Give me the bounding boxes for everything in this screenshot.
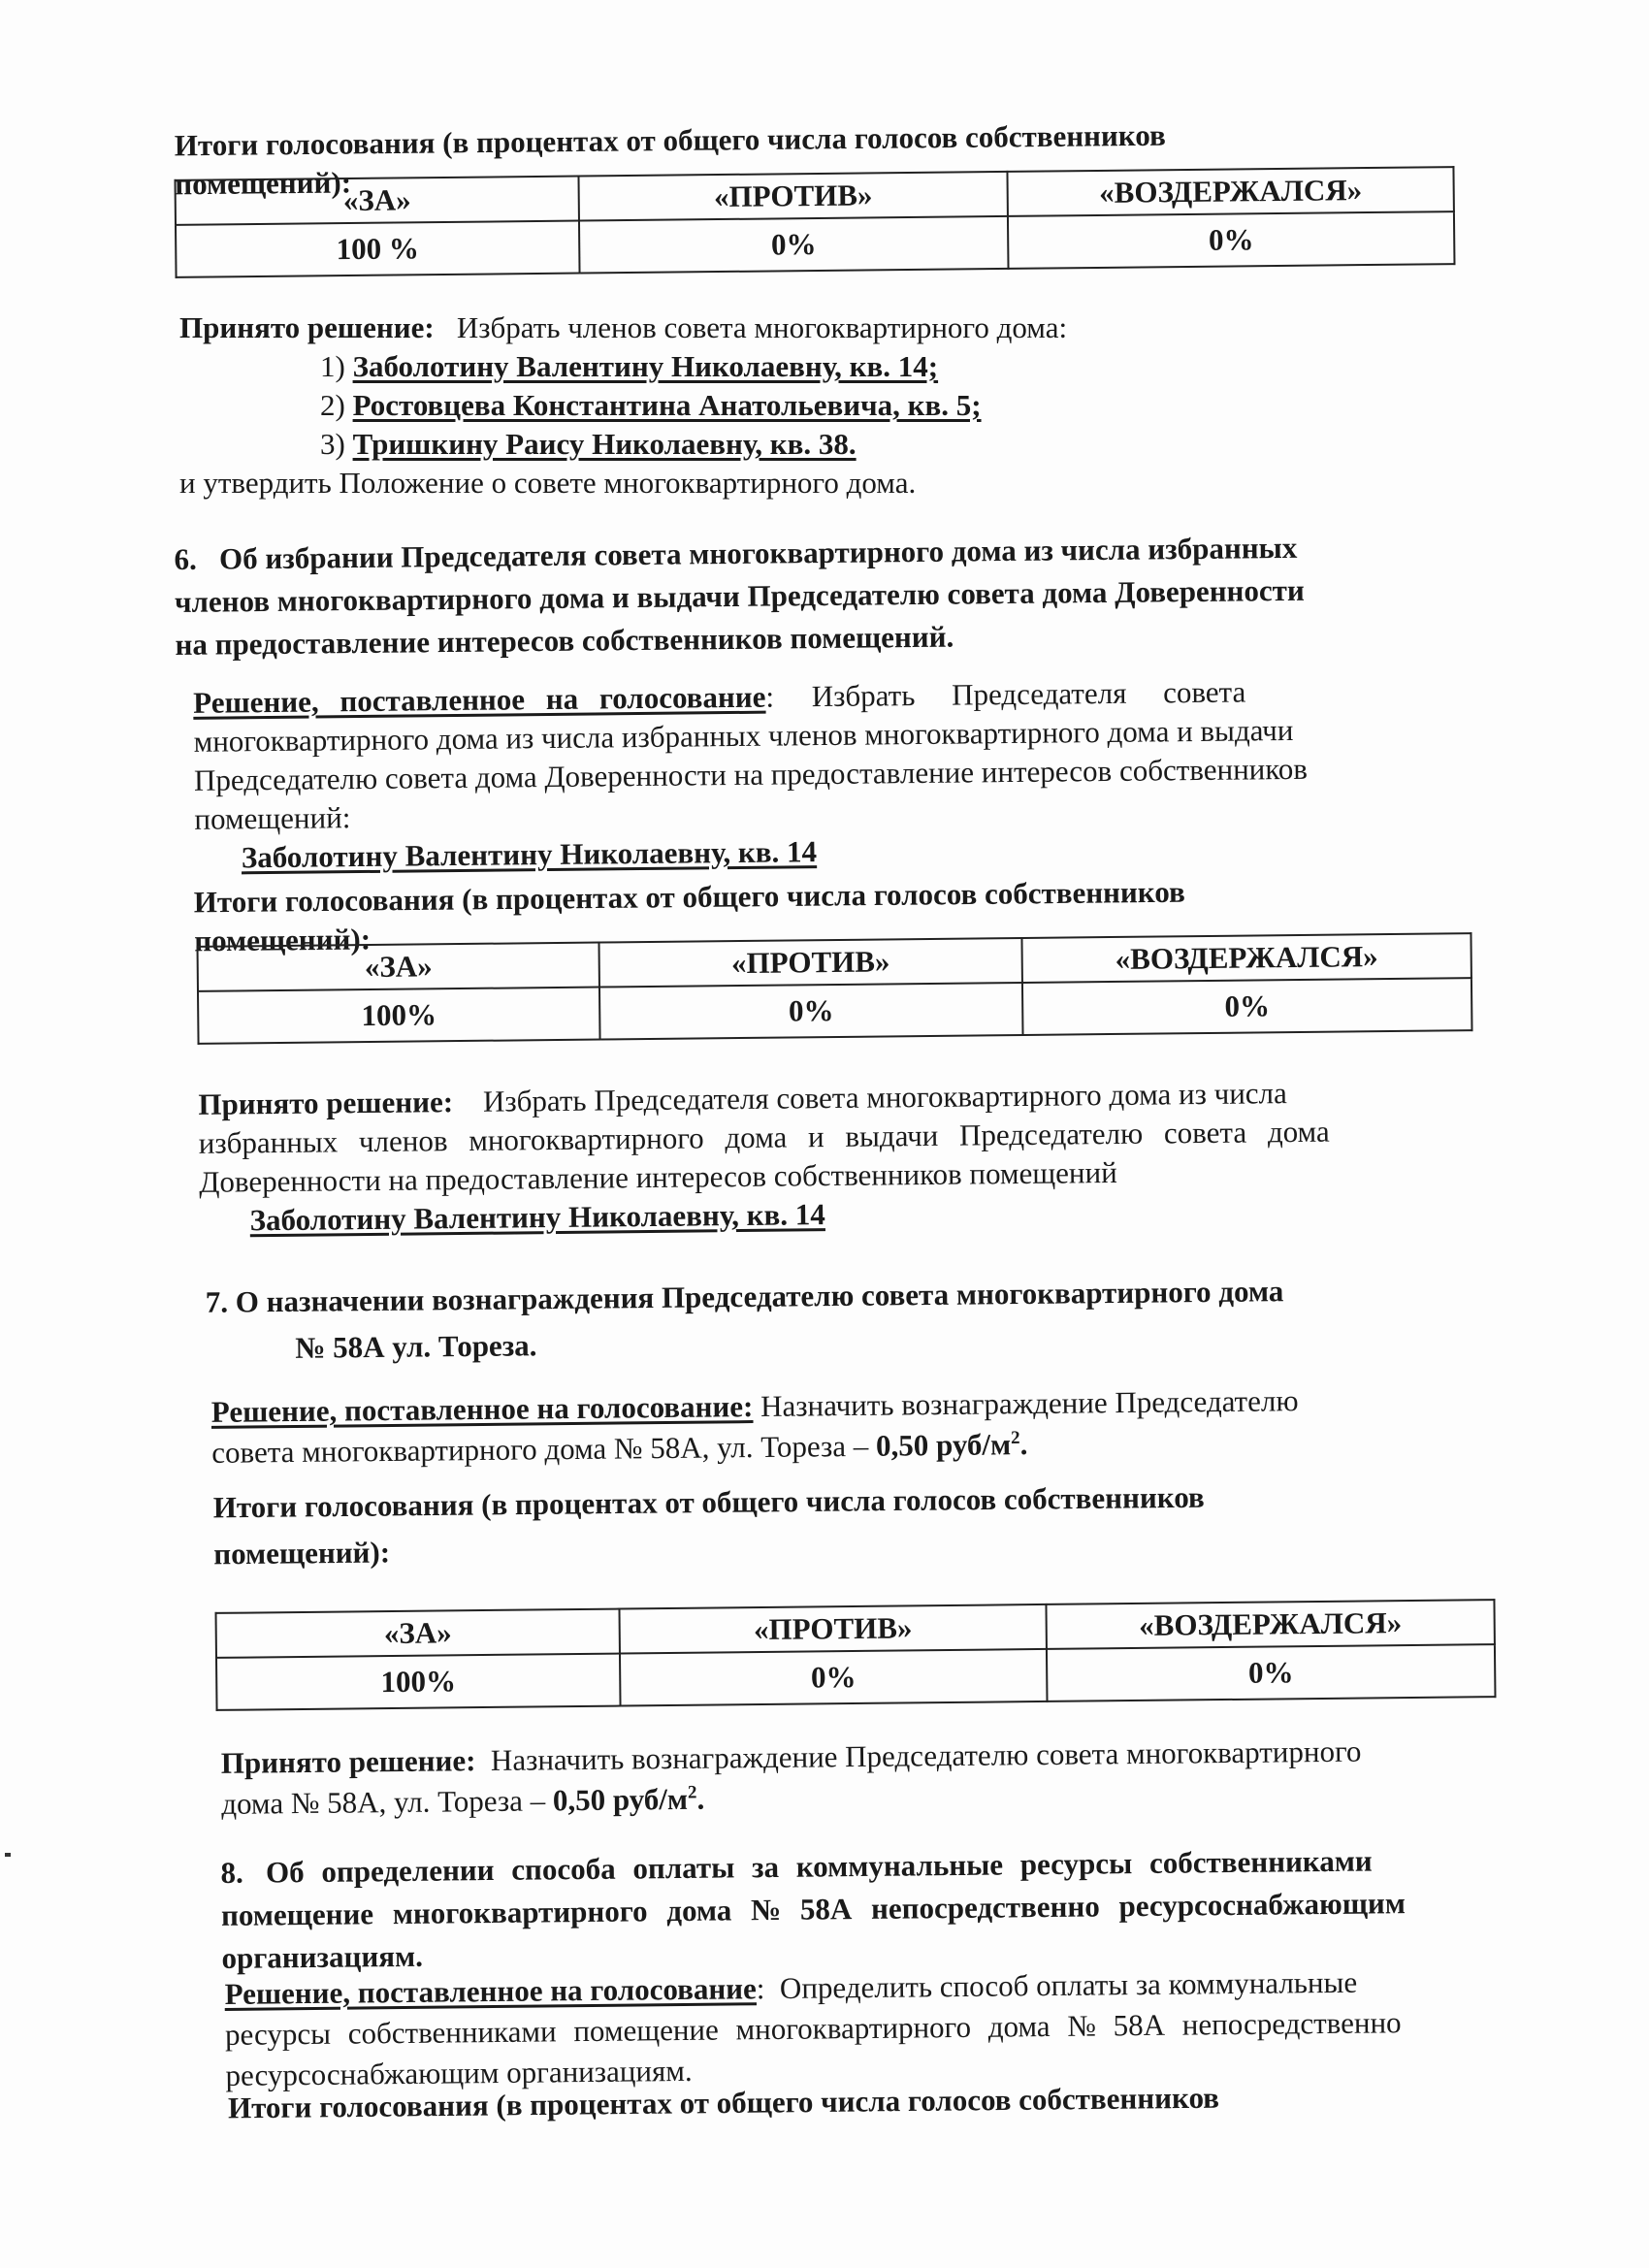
proposal-person: Заболотину Валентину Николаевну, кв. 14 [195, 834, 818, 875]
decision-section-7: Принято решение: Назначить вознаграждени… [221, 1730, 1503, 1825]
results-heading-7: Итоги голосования (в процентах от общего… [213, 1474, 1206, 1578]
section-number: 7. [206, 1285, 229, 1319]
section-6-proposal: Решение, поставленное на голосование: Из… [193, 670, 1461, 878]
value-for: 100 % [176, 221, 580, 277]
header-against: «ПРОТИВ» [619, 1604, 1046, 1654]
decision-label: Принято решение: [221, 1743, 476, 1780]
section-6-title: 6. Об избрании Председателя совета много… [174, 525, 1470, 666]
value-against: 0% [599, 983, 1023, 1040]
value-for: 100% [198, 988, 600, 1044]
proposal-label: Решение, поставленное на голосование [224, 1971, 757, 2011]
section-7-title: 7. О назначении вознаграждения Председат… [206, 1266, 1468, 1373]
proposal-label: Решение, поставленное на голосование: [211, 1389, 754, 1429]
value-against: 0% [620, 1649, 1048, 1706]
document-page: Итоги голосования (в процентах от общего… [0, 0, 1649, 2268]
header-abstain: «ВОЗДЕРЖАЛСЯ» [1007, 167, 1453, 216]
section-number: 6. [174, 542, 197, 576]
council-members-list: 1) Заболотину Валентину Николаевну, кв. … [179, 347, 1440, 464]
decision-amount: 0,50 руб/м [553, 1782, 689, 1817]
value-against: 0% [579, 216, 1009, 274]
council-member-3: 3) Тришкину Раису Николаевну, кв. 38. [320, 425, 1440, 464]
header-for: «ЗА» [198, 943, 599, 991]
vote-results-table-5: «ЗА» «ПРОТИВ» «ВОЗДЕРЖАЛСЯ» 100 % 0% 0% [175, 166, 1456, 278]
decision-label: Принято решение: [198, 1085, 453, 1121]
header-for: «ЗА» [176, 177, 579, 225]
section-8-proposal: Решение, поставленное на голосование: Оп… [224, 1960, 1510, 2096]
proposal-label: Решение, поставленное на голосование [193, 680, 766, 720]
decision-section-5: Принято решение: Избрать членов совета м… [179, 308, 1440, 502]
decision-person: Заболотину Валентину Николаевну, кв. 14 [199, 1197, 825, 1238]
value-for: 100% [216, 1654, 621, 1710]
decision-text: Избрать членов совета многоквартирного д… [457, 310, 1067, 344]
council-member-2: 2) Ростовцева Константина Анатольевича, … [320, 386, 1440, 425]
decision-section-6: Принято решение: Избрать Председателя со… [198, 1072, 1471, 1241]
section-7-proposal: Решение, поставленное на голосование: На… [211, 1378, 1493, 1474]
value-abstain: 0% [1047, 1644, 1496, 1701]
decision-label: Принято решение: [179, 310, 435, 344]
header-against: «ПРОТИВ» [578, 172, 1007, 221]
results-heading-line1: Итоги голосования (в процентах от общего… [175, 118, 1166, 163]
vote-results-table-7: «ЗА» «ПРОТИВ» «ВОЗДЕРЖАЛСЯ» 100% 0% 0% [215, 1599, 1497, 1711]
value-abstain: 0% [1022, 978, 1472, 1035]
value-abstain: 0% [1008, 211, 1455, 269]
proposal-amount: 0,50 руб/м [876, 1427, 1012, 1462]
vote-results-table-6: «ЗА» «ПРОТИВ» «ВОЗДЕРЖАЛСЯ» 100% 0% 0% [197, 932, 1473, 1045]
scan-mark [5, 1853, 11, 1857]
section-number: 8. [220, 1856, 243, 1890]
header-abstain: «ВОЗДЕРЖАЛСЯ» [1046, 1600, 1494, 1649]
header-for: «ЗА» [216, 1609, 620, 1658]
decision-closing: и утвердить Положение о совете многоквар… [179, 466, 916, 500]
section-8-title: 8. Об определении способа оплаты за комм… [220, 1838, 1506, 1980]
header-against: «ПРОТИВ» [598, 938, 1021, 988]
council-member-1: 1) Заболотину Валентину Николаевну, кв. … [320, 347, 1440, 386]
header-abstain: «ВОЗДЕРЖАЛСЯ» [1021, 933, 1471, 983]
